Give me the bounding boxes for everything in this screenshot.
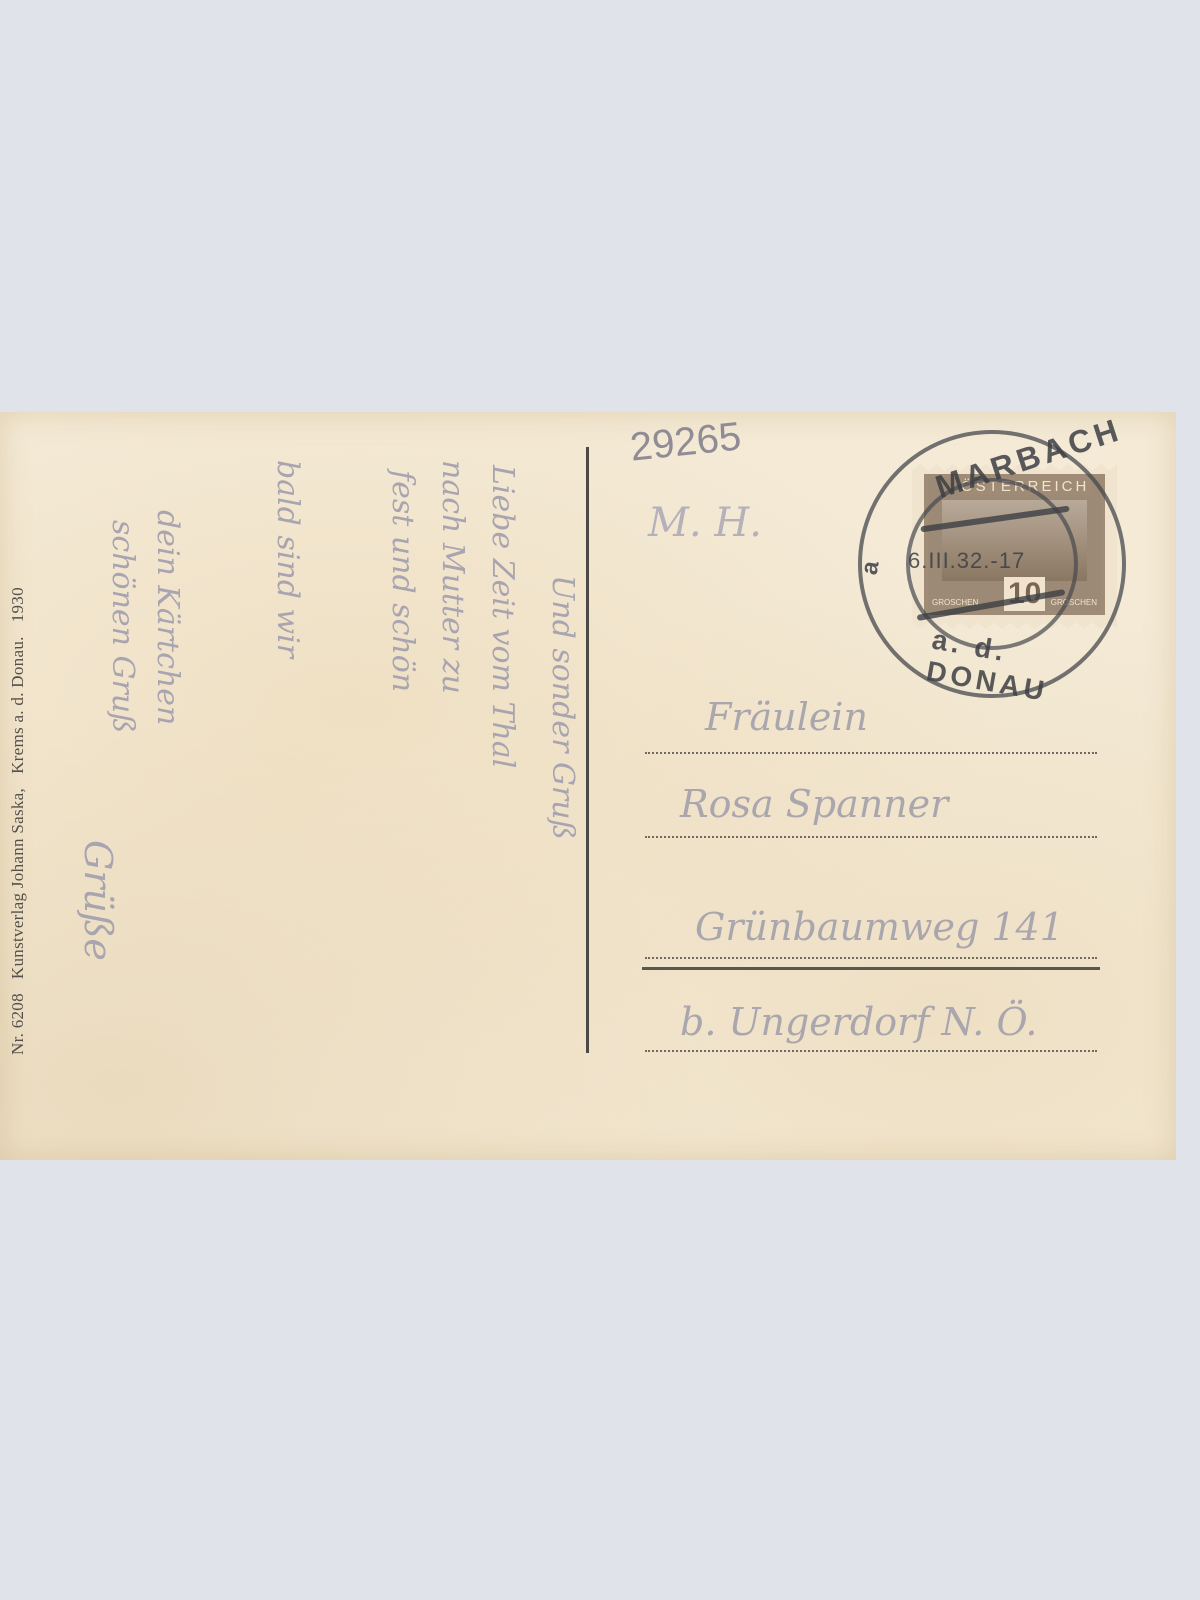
address-line-1: Fräulein [705,695,868,739]
signature: Grüße [76,840,120,961]
imprint-publisher: Kunstverlag Johann Saska, [8,788,38,979]
imprint-place: Krems a. d. Donau. [8,636,38,774]
message-line: schönen Gruß [105,520,140,733]
address-line-4: b. Ungerdorf N. Ö. [680,1000,1037,1044]
center-divider [586,447,589,1053]
imprint-number: Nr. 6208 [8,993,38,1055]
archive-initials: M. H. [648,500,762,546]
message-line: nach Mutter zu [435,460,470,694]
address-rule-solid [642,967,1100,970]
message-line: Und sonder Gruß [545,575,580,840]
address-line-3: Grünbaumweg 141 [695,905,1064,949]
postmark-code: a [856,559,886,577]
address-rule [645,957,1097,959]
postmark-date: 6.III.32.-17 [908,548,1025,574]
postmark: MARBACH a. d. DONAU 6.III.32.-17 a [858,430,1126,698]
message-line: dein Kärtchen [150,510,185,725]
address-line-2: Rosa Spanner [680,782,948,826]
address-rule [645,836,1097,838]
message-line: bald sind wir [270,460,305,658]
address-rule [645,1050,1097,1052]
imprint-year: 1930 [8,587,38,622]
publisher-imprint: Nr. 6208 Kunstverlag Johann Saska, Krems… [8,455,38,1055]
message-line: fest und schön [385,470,420,692]
message-line: Liebe Zeit vom Thal [485,465,520,768]
address-rule [645,752,1097,754]
